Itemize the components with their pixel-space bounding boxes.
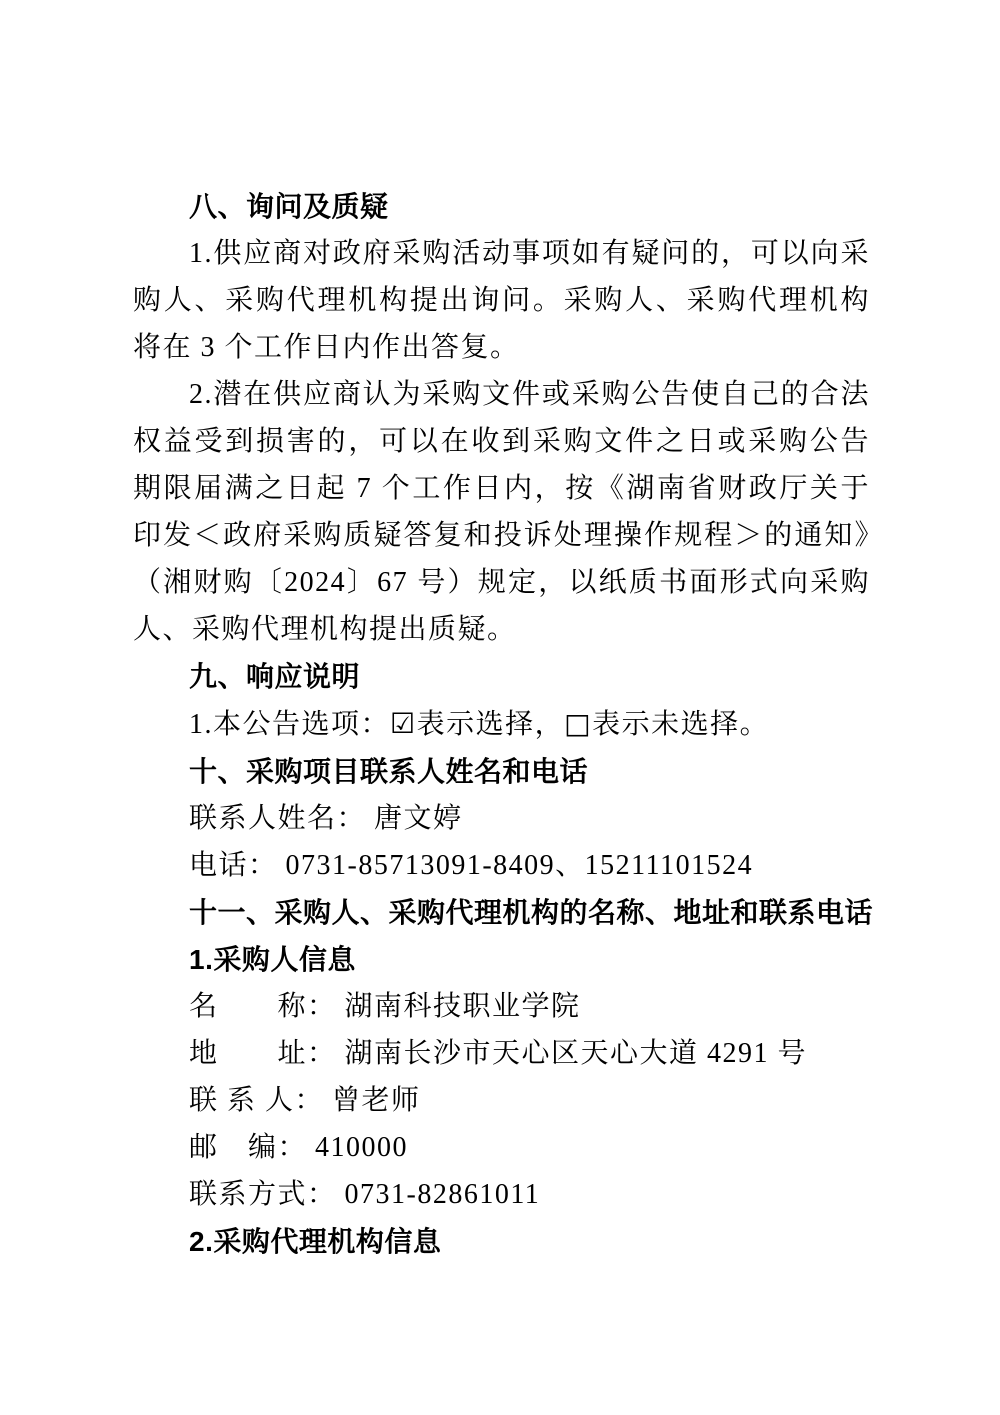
section-response-note: 九、响应说明 1.本公告选项：☑表示选择，□表示未选择。	[133, 653, 870, 748]
section10-heading: 十、采购项目联系人姓名和电话	[133, 748, 870, 795]
section11-heading: 十一、采购人、采购代理机构的名称、地址和联系电话	[133, 889, 870, 936]
section-project-contact: 十、采购项目联系人姓名和电话 联系人姓名：唐文婷 电话：0731-8571309…	[133, 748, 870, 889]
purchaser-name-row: 名 称：湖南科技职业学院	[133, 983, 870, 1030]
section8-paragraph-1: 1.供应商对政府采购活动事项如有疑问的，可以向采购人、采购代理机构提出询问。采购…	[133, 230, 870, 371]
purchaser-phone-row: 联系方式：0731-82861011	[133, 1171, 870, 1218]
purchaser-contact-value: 曾老师	[332, 1085, 421, 1116]
purchaser-address-label: 地 址：	[189, 1038, 337, 1069]
purchaser-postcode-value: 410000	[315, 1132, 408, 1163]
unchecked-checkbox-icon: □	[564, 707, 592, 740]
contact-name-label: 联系人姓名：	[189, 803, 366, 834]
contact-name-row: 联系人姓名：唐文婷	[133, 795, 870, 842]
section9-heading: 九、响应说明	[133, 653, 870, 700]
checked-checkbox-icon: ☑	[390, 707, 417, 740]
purchaser-contact-row: 联 系 人：曾老师	[133, 1077, 870, 1124]
section8-heading: 八、询问及质疑	[133, 183, 870, 230]
purchaser-info-subheading: 1.采购人信息	[133, 936, 870, 983]
agency-info-subheading: 2.采购代理机构信息	[133, 1218, 870, 1265]
purchaser-phone-label: 联系方式：	[189, 1179, 337, 1210]
purchaser-contact-label: 联 系 人：	[189, 1085, 324, 1116]
option-prefix: 1.本公告选项：	[189, 709, 390, 740]
contact-phone-row: 电话：0731-85713091-8409、15211101524	[133, 842, 870, 889]
section9-option-line: 1.本公告选项：☑表示选择，□表示未选择。	[133, 700, 870, 748]
section-purchaser-and-agency: 十一、采购人、采购代理机构的名称、地址和联系电话 1.采购人信息 名 称：湖南科…	[133, 889, 870, 1265]
checked-option-label: 表示选择，	[417, 709, 565, 740]
contact-phone-value: 0731-85713091-8409、15211101524	[286, 850, 754, 881]
contact-phone-label: 电话：	[189, 850, 278, 881]
purchaser-name-value: 湖南科技职业学院	[345, 991, 581, 1022]
purchaser-address-value: 湖南长沙市天心区天心大道 4291 号	[345, 1038, 808, 1069]
section8-paragraph-2: 2.潜在供应商认为采购文件或采购公告使自己的合法权益受到损害的，可以在收到采购文…	[133, 371, 870, 653]
purchaser-postcode-row: 邮 编：410000	[133, 1124, 870, 1171]
contact-name-value: 唐文婷	[374, 803, 463, 834]
purchaser-address-row: 地 址：湖南长沙市天心区天心大道 4291 号	[133, 1030, 870, 1077]
section-inquiry-and-challenge: 八、询问及质疑 1.供应商对政府采购活动事项如有疑问的，可以向采购人、采购代理机…	[133, 183, 870, 653]
document-page: 八、询问及质疑 1.供应商对政府采购活动事项如有疑问的，可以向采购人、采购代理机…	[0, 0, 1000, 1415]
unchecked-option-label: 表示未选择。	[592, 709, 769, 740]
purchaser-name-label: 名 称：	[189, 991, 337, 1022]
purchaser-postcode-label: 邮 编：	[189, 1132, 307, 1163]
purchaser-phone-value: 0731-82861011	[345, 1179, 541, 1210]
